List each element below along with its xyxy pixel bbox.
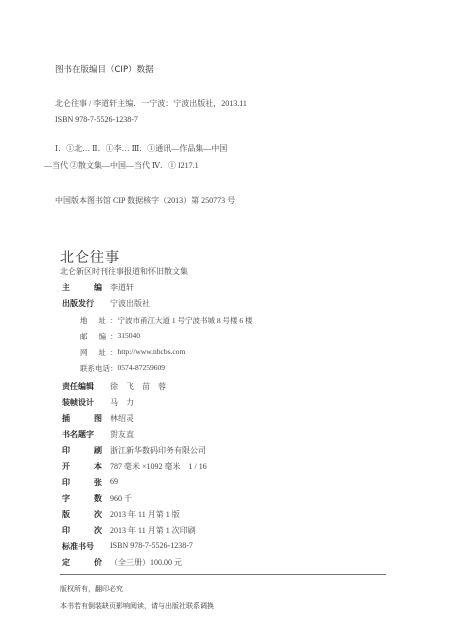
publisher-phone: 联系电话：0574-87259609 [80, 363, 165, 374]
cip-heading: 图书在版编目（CIP）数据 [55, 63, 154, 75]
label: 出版发行 [62, 298, 110, 309]
value: 宁波出版社 [110, 298, 150, 309]
publisher-address: 地址 ：宁波市甬江大道 1 号宁波书城 8 号楼 6 楼 [80, 315, 253, 326]
value: 李道轩 [110, 282, 134, 293]
detail-word-count: 字数960 千 [62, 493, 132, 504]
publisher-website: 网址 ：http://www.nbcbs.com [80, 347, 185, 358]
detail-edition: 版次2013 年 11 月第 1 版 [62, 509, 180, 520]
detail-isbn: 标准书号ISBN 978-7-5526-1238-7 [62, 541, 193, 552]
rights-notice: 版权所有，翻印必究 [60, 584, 123, 594]
label: 主编 [62, 282, 110, 293]
detail-printer: 印刷浙江新华数码印务有限公司 [62, 445, 206, 456]
detail-responsible-editor: 责任编辑徐 飞 苗 蓉 [62, 381, 166, 392]
cip-line-classification-1: Ⅰ．①北… Ⅱ．①李… Ⅲ．①通讯—作品集—中国 [55, 143, 227, 154]
credit-editor: 主编 李道轩 [62, 282, 134, 293]
detail-title-calligraphy: 书名题字贺友直 [62, 429, 134, 440]
detail-format: 开本787 毫米 ×1092 毫米 1 / 16 [62, 461, 207, 472]
book-title: 北仑往事 [60, 247, 120, 267]
cip-line-isbn: ISBN 978-7-5526-1238-7 [55, 115, 138, 124]
cip-line-classification-2: —当代 ②散文集—中国—当代 Ⅳ．① I217.1 [44, 160, 199, 171]
detail-price: 定价（全三册）100.00 元 [62, 557, 182, 568]
divider [60, 574, 386, 575]
cip-line-verification: 中国版本图书馆 CIP 数据核字（2013）第 250773 号 [55, 195, 235, 206]
book-subtitle: 北仑新区时刊往事报道和怀旧散文集 [60, 266, 188, 277]
cip-line-title: 北仑往事 / 李道轩主编．一宁波：宁波出版社，2013.11 [55, 98, 247, 109]
detail-illustration: 插图林绍灵 [62, 413, 134, 424]
detail-cover-design: 装帧设计马 力 [62, 397, 134, 408]
detail-sheets: 印张69 [62, 477, 118, 488]
defect-notice: 本书若有倒装缺页影响阅读，请与出版社联系调换 [60, 601, 214, 611]
publisher-postcode: 邮编 ：315040 [80, 331, 140, 342]
credit-publisher: 出版发行 宁波出版社 [62, 298, 150, 309]
detail-printing: 印次2013 年 11 月第 1 次印刷 [62, 525, 196, 536]
